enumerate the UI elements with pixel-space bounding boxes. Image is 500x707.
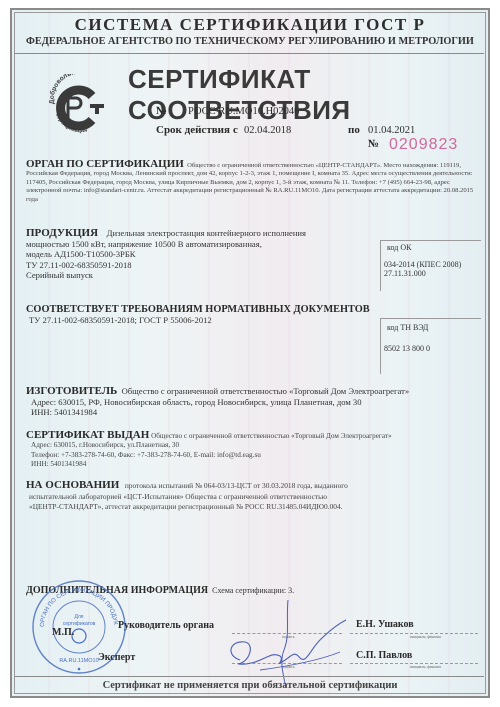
okpd-code-line-2: 27.11.31.000	[381, 269, 481, 278]
head-of-body-label: Руководитель органа	[118, 620, 214, 631]
seal-label: М.П.	[52, 627, 74, 638]
product-heading: ПРОДУКЦИЯ	[26, 227, 98, 239]
validity-label: Срок действия	[156, 124, 230, 136]
issued-to-section: СЕРТИФИКАТ ВЫДАН Общество с ограниченной…	[26, 430, 486, 470]
compliance-documents: ТУ 27.11-002-68350591-2018; ГОСТ Р 55006…	[26, 315, 386, 326]
valid-from-prefix: с	[233, 124, 238, 136]
issued-to-name: Общество с ограниченной ответственностью…	[151, 432, 392, 440]
valid-from-date: 02.04.2018	[244, 125, 291, 136]
footer-note: Сертификат не применяется при обязательн…	[0, 680, 500, 691]
product-line-5: Серийный выпуск	[26, 270, 366, 281]
tnved-code-value: 8502 13 800 0	[381, 334, 481, 355]
basis-section: НА ОСНОВАНИИ протокола испытаний № 064-0…	[26, 480, 486, 512]
manufacturer-heading: ИЗГОТОВИТЕЛЬ	[26, 385, 117, 397]
expert-name-caption: инициалы, фамилия	[410, 665, 441, 669]
expert-label: Эксперт	[98, 652, 135, 663]
head-name-caption: инициалы, фамилия	[410, 635, 441, 639]
compliance-section: СООТВЕТСТВУЕТ ТРЕБОВАНИЯМ НОРМАТИВНЫХ ДО…	[26, 304, 386, 326]
product-line-4: ТУ 27.11-002-68350591-2018	[26, 260, 366, 271]
valid-to-date: 01.04.2021	[368, 125, 415, 136]
issued-to-heading: СЕРТИФИКАТ ВЫДАН	[26, 429, 149, 441]
issued-to-address: Адрес: 630015, г.Новосибирск, ул.Планетн…	[26, 441, 486, 451]
manufacturer-inn: ИНН: 5401341984	[26, 407, 486, 418]
product-line-1: Дизельная электростанция контейнерного и…	[107, 228, 306, 238]
basis-heading: НА ОСНОВАНИИ	[26, 479, 119, 491]
basis-line-2: испытательной лабораторией «ЦСТ-Испытани…	[26, 492, 486, 502]
product-line-2: мощностью 1500 кВт, напряжение 10500 В а…	[26, 239, 366, 250]
blank-number-label: №	[368, 138, 379, 150]
head-name-line	[350, 633, 478, 634]
certification-body-section: ОРГАН ПО СЕРТИФИКАЦИИ Общество с огранич…	[26, 160, 476, 204]
blank-serial-number: 0209823	[389, 136, 458, 154]
certificate-number: РОСС RU.МО10.Н02046	[188, 106, 299, 117]
okpd-code-label: код ОК	[381, 241, 481, 254]
svg-text:Для: Для	[74, 614, 83, 620]
expert-name-line	[350, 663, 478, 664]
system-title: СИСТЕМА СЕРТИФИКАЦИИ ГОСТ Р	[0, 15, 500, 35]
gost-r-mark-icon: Добровольная сертификация	[46, 74, 114, 136]
basis-line-1: протокола испытаний № 064-03/13-ЦСТ от 3…	[125, 481, 348, 490]
svg-text:RA.RU.11МО10: RA.RU.11МО10	[59, 658, 98, 664]
footer-divider	[15, 676, 484, 677]
certification-body-lead: Общество с ограниченной ответственностью…	[187, 162, 401, 169]
product-section: ПРОДУКЦИЯ Дизельная электростанция конте…	[26, 228, 366, 281]
certification-scheme: Схема сертификации: 3.	[212, 586, 294, 595]
issued-to-contacts: Телефон: +7-383-278-74-60, Факс: +7-383-…	[26, 451, 486, 461]
okpd-code-line-1: 034-2014 (КПЕС 2008)	[381, 254, 481, 269]
number-label: №	[156, 105, 167, 117]
okpd-code-box: код ОК 034-2014 (КПЕС 2008) 27.11.31.000	[380, 240, 481, 291]
header-divider	[15, 53, 484, 54]
certification-body-heading: ОРГАН ПО СЕРТИФИКАЦИИ	[26, 158, 184, 170]
issued-to-inn: ИНН: 5401341984	[26, 460, 486, 470]
certificate-title: СЕРТИФИКАТ СООТВЕТСТВИЯ	[128, 64, 500, 126]
expert-name: С.П. Павлов	[356, 650, 412, 661]
compliance-heading: СООТВЕТСТВУЕТ ТРЕБОВАНИЯМ НОРМАТИВНЫХ ДО…	[26, 304, 386, 315]
certification-body-text: ОРГАН ПО СЕРТИФИКАЦИИ Общество с огранич…	[26, 160, 476, 204]
manufacturer-address: Адрес: 630015, РФ, Новосибирская область…	[26, 397, 486, 408]
manufacturer-section: ИЗГОТОВИТЕЛЬ Общество с ограниченной отв…	[26, 386, 486, 418]
agency-title: ФЕДЕРАЛЬНОЕ АГЕНТСТВО ПО ТЕХНИЧЕСКОМУ РЕ…	[0, 36, 500, 47]
manufacturer-name: Общество с ограниченной ответственностью…	[122, 386, 410, 396]
valid-to-prefix: по	[348, 124, 360, 136]
tnved-code-box: код ТН ВЭД 8502 13 800 0	[380, 318, 481, 374]
head-of-body-name: Е.Н. Ушаков	[356, 619, 414, 630]
basis-line-3: «ЦЕНТР-СТАНДАРТ», аттестат аккредитации …	[26, 502, 486, 512]
tnved-code-label: код ТН ВЭД	[381, 319, 481, 334]
product-line-3: модель АД1500-Т10500-3РБК	[26, 249, 366, 260]
